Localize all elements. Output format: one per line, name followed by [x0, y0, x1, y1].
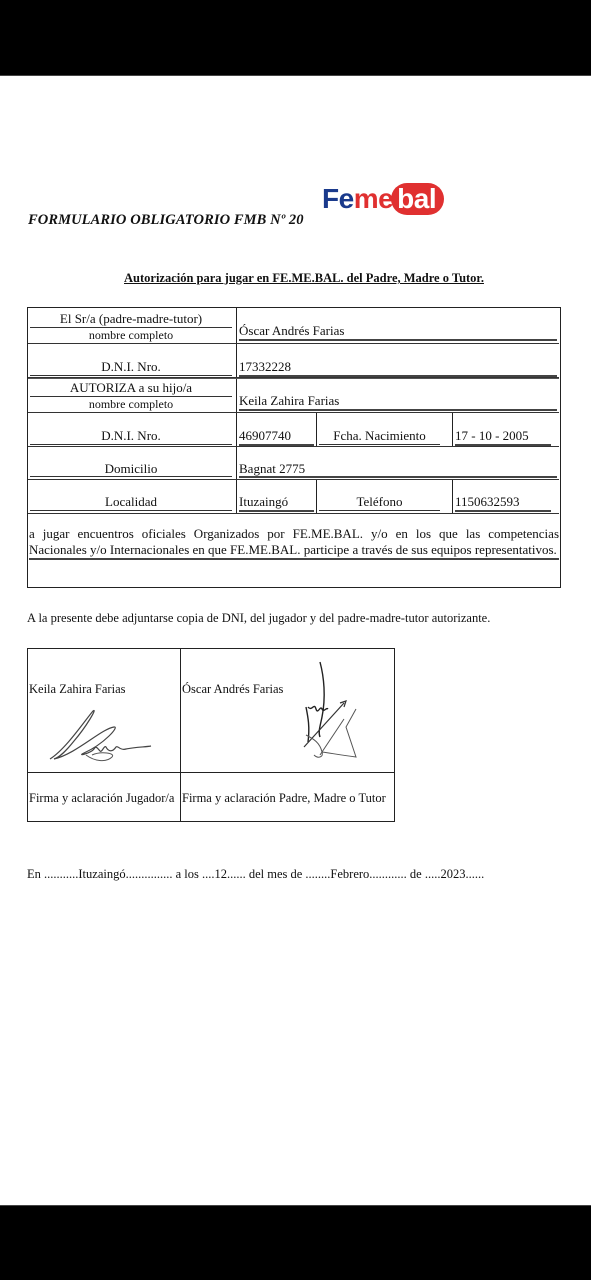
- authorization-paragraph: a jugar encuentros oficiales Organizados…: [29, 526, 559, 560]
- child-name-field[interactable]: Keila Zahira Farias: [239, 393, 557, 411]
- guardian-name-field[interactable]: Óscar Andrés Farias: [239, 323, 557, 341]
- signature-column-divider: [180, 649, 181, 821]
- child-dni-label: D.N.I. Nro.: [30, 428, 232, 445]
- row-child-dni: D.N.I. Nro. 46907740 Fcha. Nacimiento 17…: [28, 413, 559, 447]
- city-field[interactable]: Ituzaingó: [239, 494, 314, 512]
- signature-row-divider: [28, 772, 394, 773]
- attachment-note: A la presente debe adjuntarse copia de D…: [27, 611, 490, 626]
- player-signature-icon: [46, 709, 156, 764]
- row-child-name: AUTORIZA a su hijo/a nombre completo Kei…: [28, 378, 559, 413]
- guardian-dni-field[interactable]: 17332228: [239, 359, 557, 377]
- city-label: Localidad: [30, 494, 232, 511]
- row-city-phone: Localidad Ituzaingó Teléfono 1150632593: [28, 480, 559, 514]
- signature-table: Keila Zahira Farias Óscar Andrés Farias …: [27, 648, 395, 822]
- authorizes-label: AUTORIZA a su hijo/a: [30, 380, 232, 397]
- authorization-table: El Sr/a (padre-madre-tutor) nombre compl…: [27, 307, 561, 588]
- phone-label: Teléfono: [319, 494, 440, 511]
- guardian-signature-name: Óscar Andrés Farias: [182, 682, 283, 697]
- guardian-dni-label: D.N.I. Nro.: [30, 359, 232, 376]
- child-dni-field[interactable]: 46907740: [239, 428, 314, 446]
- guardian-label: El Sr/a (padre-madre-tutor): [30, 311, 232, 328]
- bottom-black-bar: [0, 1205, 591, 1280]
- row-guardian-name: El Sr/a (padre-madre-tutor) nombre compl…: [28, 308, 559, 344]
- guardian-sublabel: nombre completo: [30, 328, 232, 343]
- row-guardian-dni: D.N.I. Nro. 17332228: [28, 344, 559, 378]
- authorizes-sublabel: nombre completo: [30, 397, 232, 412]
- guardian-signature-caption: Firma y aclaración Padre, Madre o Tutor: [182, 791, 386, 806]
- address-label: Domicilio: [30, 461, 232, 477]
- row-address: Domicilio Bagnat 2775: [28, 447, 559, 480]
- player-signature-caption: Firma y aclaración Jugador/a: [29, 791, 174, 806]
- logo-text-fe: Fe: [322, 183, 354, 214]
- logo-text-bal: bal: [391, 183, 444, 215]
- guardian-signature-icon: [300, 657, 362, 767]
- place-and-date: En ...........Ituzaingó............... a…: [27, 867, 484, 882]
- birth-date-label: Fcha. Nacimiento: [319, 428, 440, 445]
- birth-date-field[interactable]: 17 - 10 - 2005: [455, 428, 551, 446]
- logo-text-me: me: [354, 183, 393, 214]
- phone-field[interactable]: 1150632593: [455, 494, 551, 512]
- document-subtitle: Autorización para jugar en FE.ME.BAL. de…: [124, 271, 484, 286]
- address-field[interactable]: Bagnat 2775: [239, 461, 557, 478]
- player-signature-name: Keila Zahira Farias: [29, 682, 125, 697]
- top-black-bar: [0, 0, 591, 76]
- form-title: FORMULARIO OBLIGATORIO FMB Nº 20: [28, 212, 304, 229]
- femebal-logo: Femebal: [322, 183, 472, 219]
